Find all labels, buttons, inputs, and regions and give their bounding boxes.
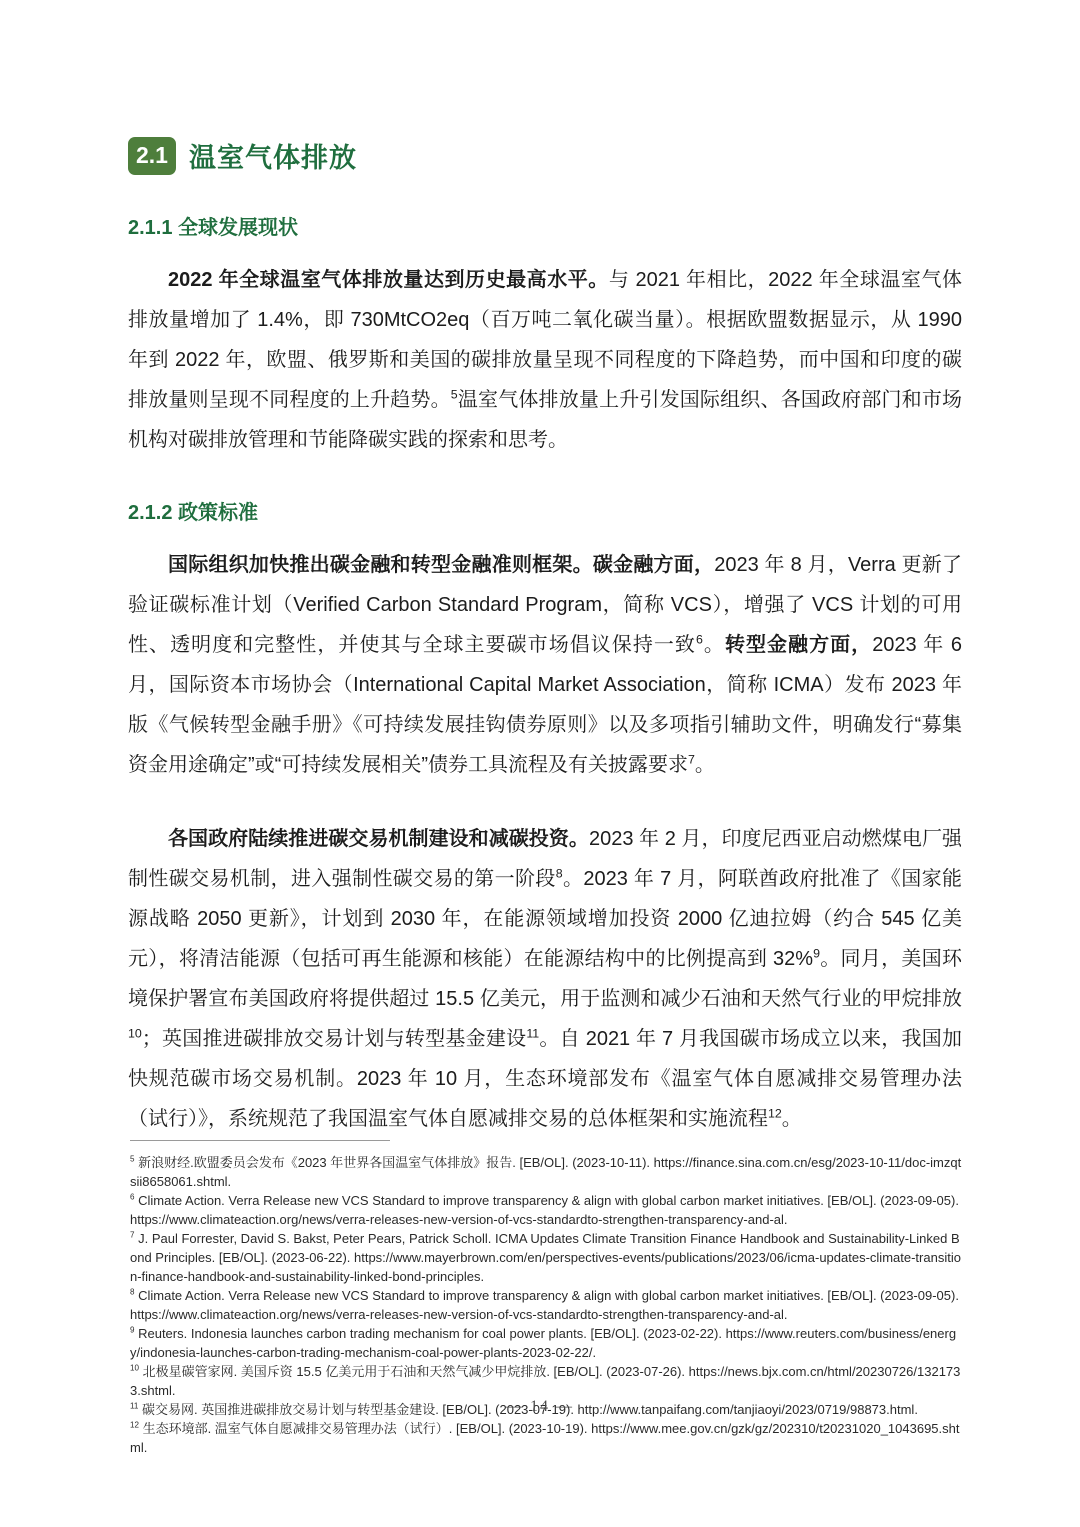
- section-header: 2.1 温室气体排放: [128, 136, 962, 175]
- body-paragraph: 2022 年全球温室气体排放量达到历史最高水平。与 2021 年相比，2022 …: [128, 260, 962, 460]
- footnote-reference: 8: [556, 866, 563, 880]
- footnote-number: 7: [130, 1231, 134, 1240]
- footnote-number: 12: [130, 1421, 139, 1430]
- page-number: — 14 —: [506, 1398, 574, 1415]
- footnote-item: 5 新浪财经.欧盟委员会发布《2023 年世界各国温室气体排放》报告. [EB/…: [130, 1153, 962, 1191]
- footnote-reference: 12: [768, 1106, 782, 1120]
- footnote-reference: 6: [696, 632, 703, 646]
- footnote-number: 9: [130, 1326, 134, 1335]
- footnote-number: 10: [130, 1364, 139, 1373]
- bold-text-run: 国际组织加快推出碳金融和转型金融准则框架。碳金融方面，: [168, 554, 714, 576]
- footnote-item: 6 Climate Action. Verra Release new VCS …: [130, 1191, 962, 1229]
- footnote-number: 6: [130, 1193, 134, 1202]
- section-title: 温室气体排放: [189, 136, 357, 175]
- text-run: ；英国推进碳排放交易计划与转型基金建设: [142, 1028, 527, 1050]
- footnote-reference: 9: [813, 946, 820, 960]
- body-sections: 2.1.1 全球发展现状2022 年全球温室气体排放量达到历史最高水平。与 20…: [128, 211, 962, 1139]
- footnote-reference: 7: [688, 752, 695, 766]
- footnote-item: 12 生态环境部. 温室气体自愿减排交易管理办法（试行）. [EB/OL]. (…: [130, 1419, 962, 1457]
- footnote-number: 5: [130, 1155, 134, 1164]
- footnote-reference: 5: [451, 387, 458, 401]
- page-footer: — 14 —: [0, 1398, 1080, 1416]
- bold-text-run: 转型金融方面，: [725, 634, 872, 656]
- body-paragraph: 国际组织加快推出碳金融和转型金融准则框架。碳金融方面，2023 年 8 月，Ve…: [128, 545, 962, 785]
- document-page: 2.1 温室气体排放 2.1.1 全球发展现状2022 年全球温室气体排放量达到…: [0, 0, 1080, 1527]
- bold-text-run: 2022 年全球温室气体排放量达到历史最高水平。: [168, 269, 609, 291]
- body-paragraph: 各国政府陆续推进碳交易机制建设和减碳投资。2023 年 2 月，印度尼西亚启动燃…: [128, 819, 962, 1139]
- footnote-item: 9 Reuters. Indonesia launches carbon tra…: [130, 1324, 962, 1362]
- text-run: 。: [695, 754, 715, 776]
- footnote-number: 8: [130, 1288, 134, 1297]
- footnote-divider: [130, 1140, 390, 1141]
- footnote-reference: 10: [128, 1026, 142, 1040]
- bold-text-run: 各国政府陆续推进碳交易机制建设和减碳投资。: [168, 828, 589, 850]
- section-number-badge: 2.1: [128, 137, 176, 175]
- subsection-heading: 2.1.1 全球发展现状: [128, 211, 962, 240]
- footnote-item: 10 北极星碳管家网. 美国斥资 15.5 亿美元用于石油和天然气减少甲烷排放.…: [130, 1362, 962, 1400]
- footnote-reference: 11: [526, 1026, 539, 1040]
- footnote-item: 7 J. Paul Forrester, David S. Bakst, Pet…: [130, 1229, 962, 1286]
- subsection-heading: 2.1.2 政策标准: [128, 496, 962, 525]
- footnote-item: 8 Climate Action. Verra Release new VCS …: [130, 1286, 962, 1324]
- text-run: 。: [703, 634, 725, 656]
- document-content: 2.1 温室气体排放 2.1.1 全球发展现状2022 年全球温室气体排放量达到…: [128, 136, 962, 1139]
- text-run: 。: [782, 1108, 802, 1130]
